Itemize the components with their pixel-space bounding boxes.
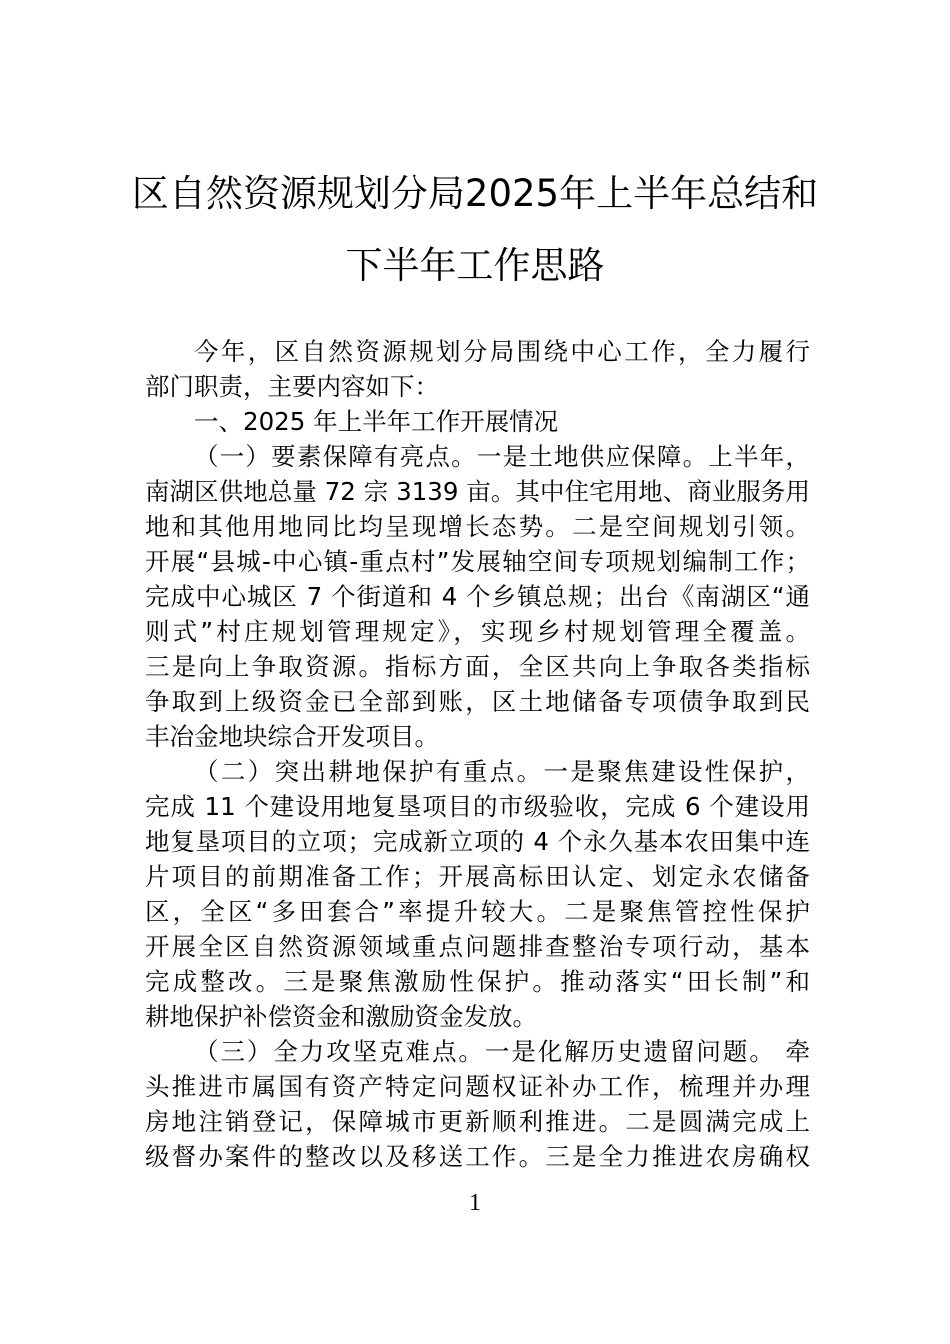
paragraph-line: 完成 11 个建设用地复垦项目的市级验收，完成 6 个建设用 [145, 789, 810, 824]
paragraph-line: 完成整改。三是聚焦激励性保护。推动落实“田长制”和 [145, 964, 810, 999]
paragraph-line: 房地注销登记，保障城市更新顺利推进。二是圆满完成上 [145, 1104, 810, 1139]
paragraph-line: 丰冶金地块综合开发项目。 [145, 719, 810, 754]
paragraph-line: 完成中心城区 7 个街道和 4 个乡镇总规；出台《南湖区“通 [145, 579, 810, 614]
document-title-line-1: 区自然资源规划分局2025年上半年总结和 [0, 172, 950, 216]
paragraph-line: 部门职责，主要内容如下： [145, 369, 810, 404]
paragraph-line: 开展全区自然资源领域重点问题排查整治专项行动，基本 [145, 929, 810, 964]
paragraph-line: 则式”村庄规划管理规定》，实现乡村规划管理全覆盖。 [145, 614, 810, 649]
paragraph-line: （一）要素保障有亮点。一是土地供应保障。上半年， [145, 439, 810, 474]
document-page: 区自然资源规划分局2025年上半年总结和 下半年工作思路 今年，区自然资源规划分… [0, 0, 950, 1344]
paragraph-line: 开展“县城-中心镇-重点村”发展轴空间专项规划编制工作； [145, 544, 810, 579]
paragraph-line: 南湖区供地总量 72 宗 3139 亩。其中住宅用地、商业服务用 [145, 474, 810, 509]
page-number: 1 [0, 1188, 950, 1218]
paragraph-line: 地复垦项目的立项；完成新立项的 4 个永久基本农田集中连 [145, 824, 810, 859]
paragraph-line: （三）全力攻坚克难点。一是化解历史遗留问题。 牵 [145, 1034, 810, 1069]
paragraph-line: 今年，区自然资源规划分局围绕中心工作，全力履行 [145, 334, 810, 369]
paragraph-line: 头推进市属国有资产特定问题权证补办工作，梳理并办理 [145, 1069, 810, 1104]
paragraph-line: 片项目的前期准备工作；开展高标田认定、划定永农储备 [145, 859, 810, 894]
paragraph-line: 区，全区“多田套合”率提升较大。二是聚焦管控性保护 [145, 894, 810, 929]
paragraph-line: 争取到上级资金已全部到账，区土地储备专项债争取到民 [145, 684, 810, 719]
paragraph-line: 地和其他用地同比均呈现增长态势。二是空间规划引领。 [145, 509, 810, 544]
paragraph-line: 耕地保护补偿资金和激励资金发放。 [145, 999, 810, 1034]
document-title-line-2: 下半年工作思路 [0, 244, 950, 288]
document-body: 今年，区自然资源规划分局围绕中心工作，全力履行 部门职责，主要内容如下： 一、2… [145, 334, 810, 1174]
paragraph-line: 三是向上争取资源。指标方面，全区共向上争取各类指标 [145, 649, 810, 684]
paragraph-line: （二）突出耕地保护有重点。一是聚焦建设性保护， [145, 754, 810, 789]
paragraph-line: 级督办案件的整改以及移送工作。三是全力推进农房确权 [145, 1139, 810, 1174]
section-heading: 一、2025 年上半年工作开展情况 [145, 404, 810, 439]
